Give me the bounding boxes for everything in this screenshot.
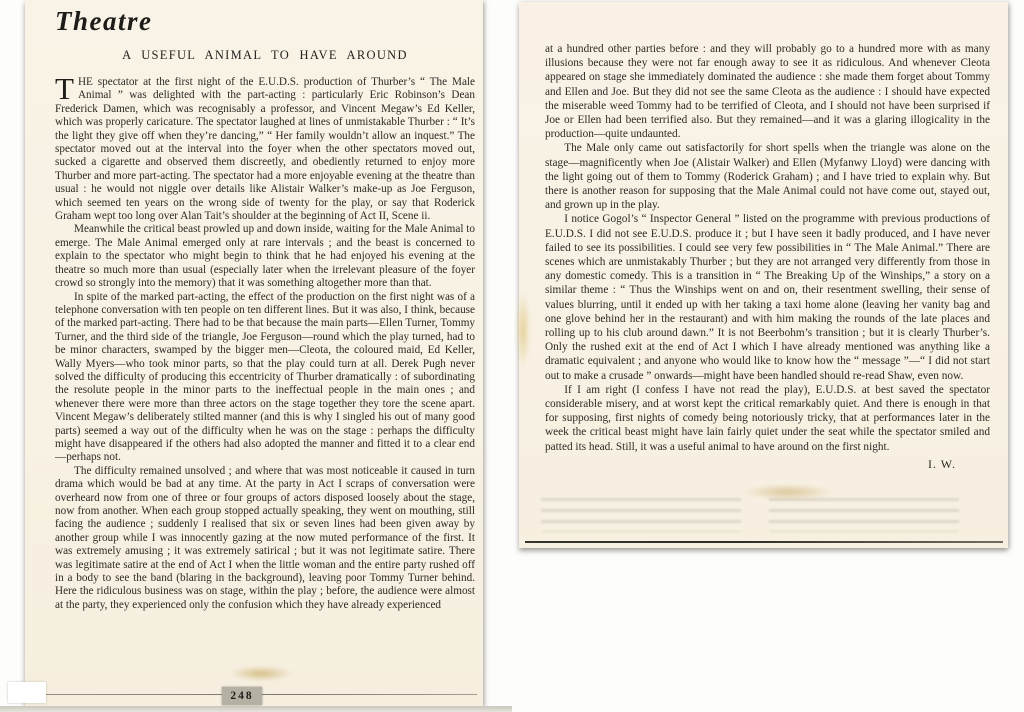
stain: [743, 484, 833, 500]
drop-cap: T: [55, 76, 78, 101]
paragraph: THE spectator at the first night of the …: [55, 76, 475, 223]
stain: [230, 666, 292, 681]
paragraph: I notice Gogol’s “ Inspector General ” l…: [545, 212, 990, 382]
scan-background: Theatre A USEFUL ANIMAL TO HAVE AROUND T…: [0, 0, 1024, 712]
paragraph: The Male only came out satisfactorily fo…: [545, 141, 990, 212]
section-label: Theatre: [55, 6, 475, 37]
stain: [516, 294, 530, 366]
scan-shadow: [0, 706, 512, 712]
bottom-rule: [525, 541, 1003, 543]
signature: I. W.: [545, 457, 956, 472]
left-column: Theatre A USEFUL ANIMAL TO HAVE AROUND T…: [25, 0, 483, 612]
article-title: A USEFUL ANIMAL TO HAVE AROUND: [55, 48, 475, 63]
right-clipping: at a hundred other parties before : and …: [519, 2, 1008, 548]
paragraph: The difficulty remained unsolved ; and w…: [55, 465, 475, 612]
page-number: 248: [222, 687, 262, 705]
paragraph: If I am right (I confess I have not read…: [545, 383, 990, 454]
ghost-text-showthrough: [769, 498, 959, 532]
left-clipping: Theatre A USEFUL ANIMAL TO HAVE AROUND T…: [25, 0, 483, 706]
ghost-text-showthrough: [541, 498, 741, 532]
paragraph-text: HE spectator at the first night of the E…: [55, 76, 475, 222]
paragraph: In spite of the marked part-acting, the …: [55, 291, 475, 465]
paragraph: at a hundred other parties before : and …: [545, 42, 990, 141]
sticker: [8, 682, 46, 703]
right-column: at a hundred other parties before : and …: [519, 2, 1008, 472]
paragraph: Meanwhile the critical beast prowled up …: [55, 223, 475, 290]
